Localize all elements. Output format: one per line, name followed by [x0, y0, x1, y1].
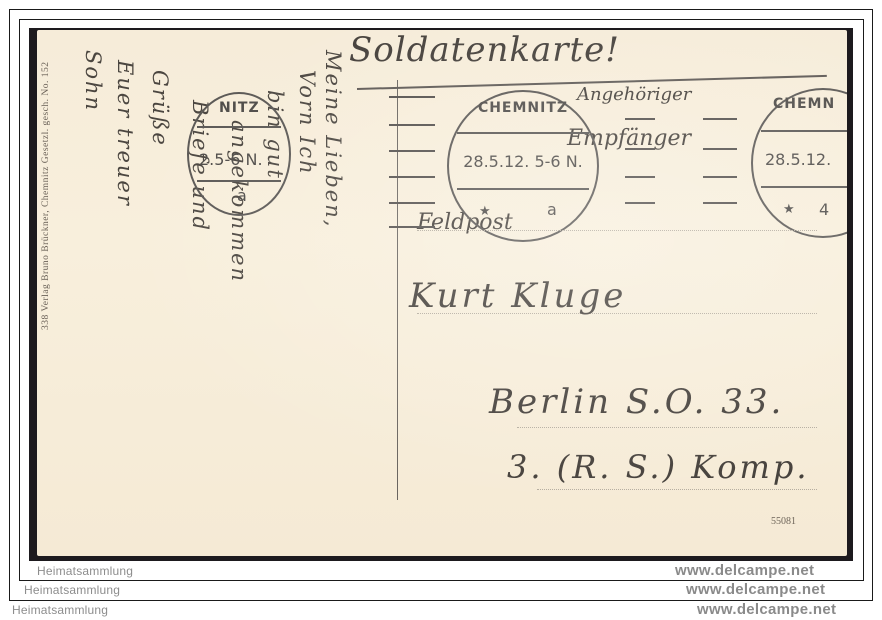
cancel-bar	[389, 150, 435, 152]
message-line: Euer treuer	[113, 60, 137, 207]
watermark-heimatsammlung: Heimatsammlung	[12, 603, 108, 617]
address-city: Berlin S.O. 33.	[489, 382, 784, 422]
address-rule	[417, 230, 817, 231]
message-line: Sohn	[81, 50, 105, 112]
cancel-bar	[625, 148, 655, 150]
postmark-left: NITZ 2.5-6 N. a	[187, 92, 291, 216]
cancel-bar	[389, 226, 435, 228]
postmark-center: CHEMNITZ 28.5.12. 5-6 N. ★ a	[447, 90, 599, 242]
watermark-heimatsammlung: Heimatsammlung	[24, 583, 120, 597]
watermark-delcampe: www.delcampe.net	[697, 601, 836, 618]
message-line: Meine Lieben,	[321, 50, 345, 228]
cancel-bar	[389, 96, 435, 98]
address-rule	[537, 489, 817, 490]
address-unit: 3. (R. S.) Komp.	[507, 448, 810, 486]
star-icon: ★	[479, 204, 491, 219]
cancel-bar	[625, 118, 655, 120]
watermark-delcampe: www.delcampe.net	[686, 581, 825, 598]
star-icon: ★	[783, 202, 795, 217]
postcard-back: 338 Verlag Bruno Brückner, Chemnitz Gese…	[37, 30, 847, 556]
message-line: Grüße	[148, 70, 172, 147]
watermark-heimatsammlung: Heimatsammlung	[37, 564, 133, 578]
cancel-bar	[389, 202, 435, 204]
cancel-bar	[625, 202, 655, 204]
cancel-bar	[625, 176, 655, 178]
cancel-bar	[703, 176, 737, 178]
cancel-bar	[703, 118, 737, 120]
cancel-bar	[703, 148, 737, 150]
address-rule	[517, 427, 817, 428]
watermark-delcampe: www.delcampe.net	[675, 562, 814, 579]
cancel-bar	[703, 202, 737, 204]
postmark-right: CHEMN 28.5.12. ★ 4	[751, 88, 847, 238]
cancel-bar	[389, 176, 435, 178]
serial-number: 55081	[771, 516, 796, 527]
center-divider	[397, 80, 398, 500]
cancel-bar	[389, 124, 435, 126]
message-line: Vorn Ich	[295, 70, 319, 176]
publisher-imprint: 338 Verlag Bruno Brückner, Chemnitz Gese…	[41, 61, 51, 330]
header-soldatenkarte: Soldatenkarte!	[349, 30, 620, 70]
address-name: Kurt Kluge	[409, 276, 626, 316]
